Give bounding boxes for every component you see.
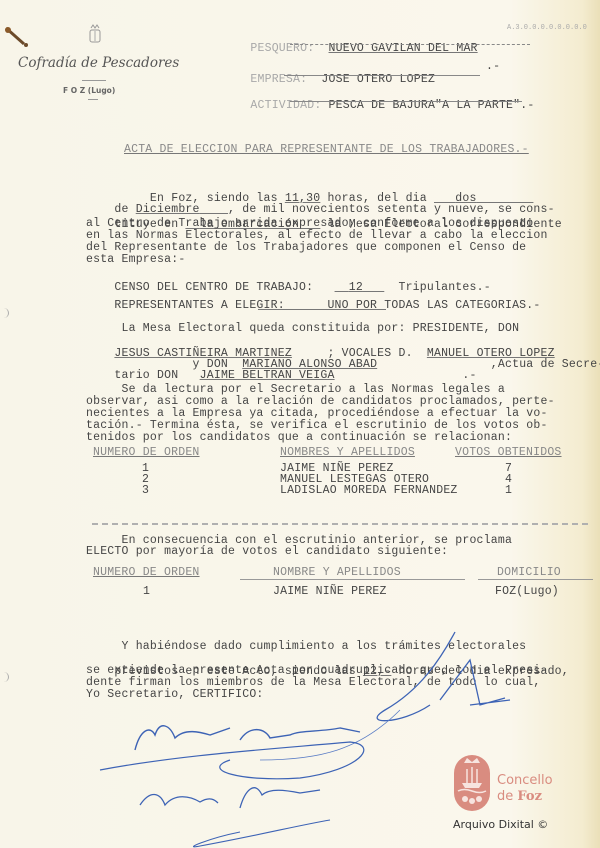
votes-row-num: 3	[142, 484, 149, 497]
votes-header-name: NOMBRES Y APELLIDOS	[280, 446, 415, 459]
votes-header-num: NUMERO DE ORDEN	[93, 446, 200, 459]
signatures	[0, 610, 600, 848]
votes-header-votes: VOTOS OBTENIDOS	[455, 446, 562, 459]
elected-header-domicilio: DOMICILIO	[497, 566, 561, 579]
representantes-line: REPRESENTANTES A ELEGIR: UNO POR TODAS L…	[86, 286, 541, 325]
anchor-mark-icon	[4, 26, 30, 48]
votes-row-name: LADISLAO MOREDA FERNANDEZ	[280, 484, 458, 497]
watermark-archive: Arquivo Dixital ©	[453, 818, 548, 831]
field-actividad: ACTIVIDAD: PESCA DE BAJURA"A LA PARTE".-	[222, 86, 534, 125]
president-signature	[135, 726, 360, 750]
elected-domicilio: FOZ(Lugo)	[495, 585, 559, 598]
concello-foz-crest-icon	[452, 753, 492, 813]
punch-hole	[0, 308, 9, 318]
document-code: A.3.0.0.0.0.0.0.0.0	[507, 24, 587, 32]
watermark-concello: Concello	[497, 773, 553, 788]
secretario-name: JAIME BELTRAN VEIGA	[200, 369, 335, 382]
organization-name: Cofradía de Pescadores	[18, 55, 179, 71]
document-title: ACTA DE ELECCION PARA REPRESENTANTE DE L…	[124, 143, 529, 156]
coat-of-arms-icon	[87, 24, 103, 44]
vocal-signature	[140, 794, 218, 805]
document-page: Cofradía de Pescadores F O Z (Lugo) A.3.…	[0, 0, 600, 848]
elected-num: 1	[143, 585, 150, 598]
votes-row-count: 1	[505, 484, 512, 497]
secretary-signature	[377, 632, 455, 721]
elected-name: JAIME NIÑE PEREZ	[273, 585, 387, 598]
watermark-de-foz: de Foz	[497, 789, 542, 804]
elected-header-name: NOMBRE Y APELLIDOS	[273, 566, 401, 579]
elected-header-num: NUMERO DE ORDEN	[93, 566, 200, 579]
organization-location: F O Z (Lugo)	[63, 86, 115, 95]
